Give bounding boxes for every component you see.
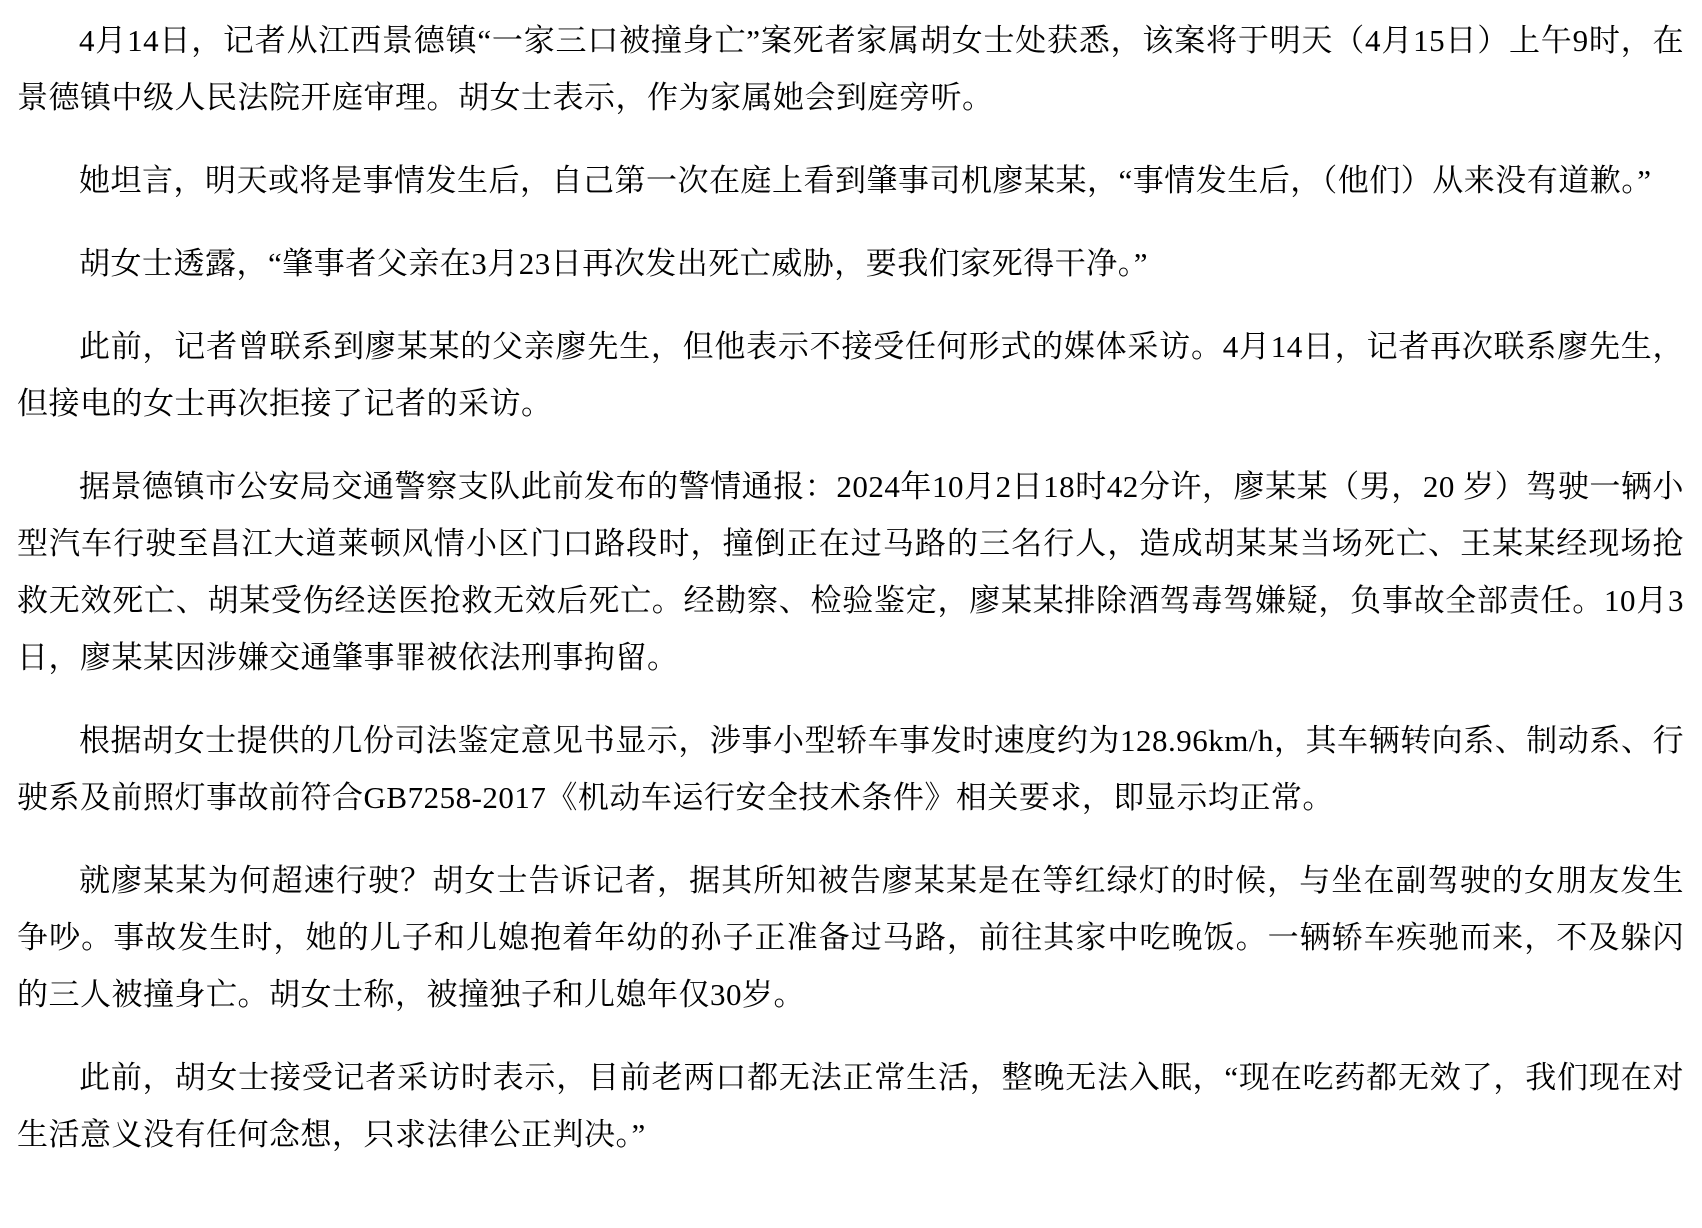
paragraph-death-threat: 胡女士透露，“肇事者父亲在3月23日再次发出死亡威胁，要我们家死得干净。” — [17, 235, 1684, 292]
paragraph-first-court-meeting: 她坦言，明天或将是事情发生后，自己第一次在庭上看到肇事司机廖某某，“事情发生后，… — [17, 152, 1684, 209]
paragraph-father-refuses-interview: 此前，记者曾联系到廖某某的父亲廖先生，但他表示不接受任何形式的媒体采访。4月14… — [17, 318, 1684, 432]
paragraph-police-report: 据景德镇市公安局交通警察支队此前发布的警情通报：2024年10月2日18时42分… — [17, 458, 1684, 686]
paragraph-court-hearing: 4月14日，记者从江西景德镇“一家三口被撞身亡”案死者家属胡女士处获悉，该案将于… — [17, 12, 1684, 126]
paragraph-speeding-reason: 就廖某某为何超速行驶？胡女士告诉记者，据其所知被告廖某某是在等红绿灯的时候，与坐… — [17, 852, 1684, 1023]
paragraph-forensic-opinion: 根据胡女士提供的几份司法鉴定意见书显示，涉事小型轿车事发时速度约为128.96k… — [17, 712, 1684, 826]
article-body: 4月14日，记者从江西景德镇“一家三口被撞身亡”案死者家属胡女士处获悉，该案将于… — [0, 0, 1702, 1173]
paragraph-family-statement: 此前，胡女士接受记者采访时表示，目前老两口都无法正常生活，整晚无法入眠，“现在吃… — [17, 1049, 1684, 1163]
